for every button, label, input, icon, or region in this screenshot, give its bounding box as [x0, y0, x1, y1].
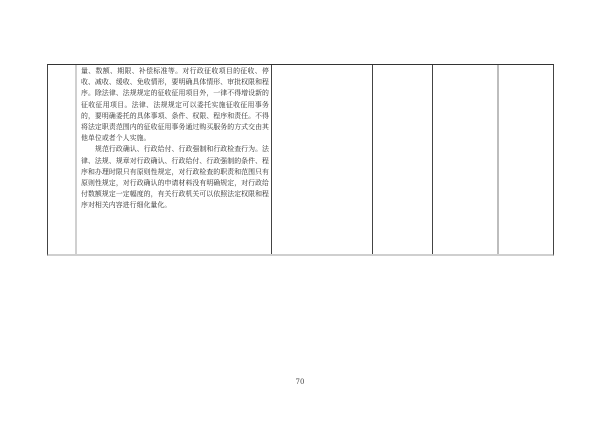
- document-page: 量、数额、期限、补偿标准等。对行政征收项目的征收、停收、减收、缓收、免收情形，要…: [0, 0, 600, 424]
- table-cell-6: [499, 65, 553, 254]
- page-number: 70: [0, 378, 600, 386]
- content-text: 量、数额、期限、补偿标准等。对行政征收项目的征收、停收、减收、缓收、免收情形，要…: [81, 66, 269, 212]
- table-cell-index: [48, 65, 77, 254]
- regulation-table: 量、数额、期限、补偿标准等。对行政征收项目的征收、停收、减收、缓收、免收情形，要…: [47, 64, 554, 256]
- table-cell-5: [433, 65, 499, 254]
- table-cell-4: [373, 65, 433, 254]
- content-paragraph-2: 规范行政确认、行政给付、行政强制和行政检查行为。法律、法规、规章对行政确认、行政…: [81, 144, 269, 211]
- table-cell-3: [272, 65, 373, 254]
- table-cell-content: 量、数额、期限、补偿标准等。对行政征收项目的征收、停收、减收、缓收、免收情形，要…: [77, 65, 272, 254]
- content-paragraph-1: 量、数额、期限、补偿标准等。对行政征收项目的征收、停收、减收、缓收、免收情形，要…: [81, 66, 269, 144]
